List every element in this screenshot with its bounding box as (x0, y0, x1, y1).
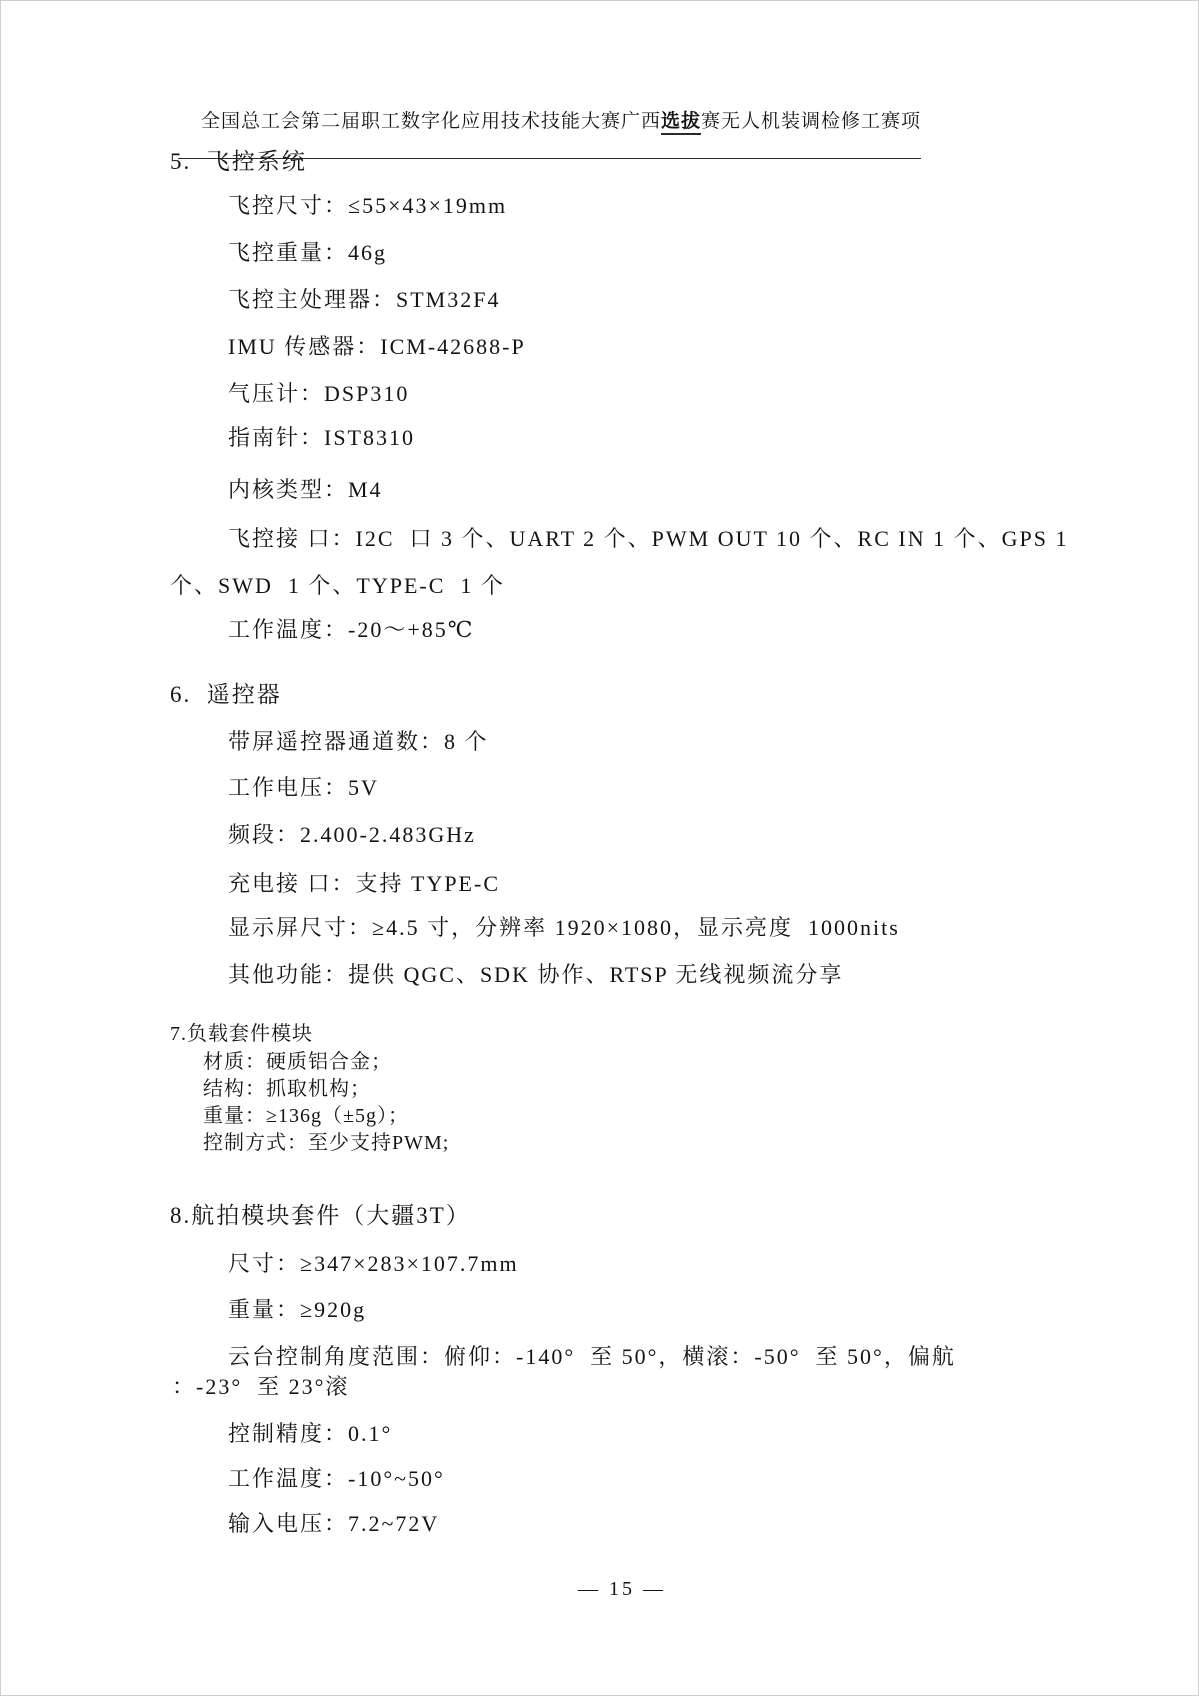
section-7-title: 7.负载套件模块 (170, 1023, 313, 1046)
spec-line-camera-dimensions: 尺寸：≥347×283×107.7mm (228, 1251, 519, 1276)
spec-line-rc-frequency: 频段：2.400-2.483GHz (228, 822, 476, 847)
document-page: 全国总工会第二届职工数字化应用技术技能大赛广西选拔赛无人机装调检修工赛项 5. … (0, 0, 1199, 1696)
spec-line-imu-sensor: IMU 传感器：ICM-42688-P (228, 334, 526, 359)
spec-line-fc-interfaces-2: 个、SWD 1 个、TYPE-C 1 个 (170, 573, 505, 598)
header-title-part1: 全国总工会第二届职工数字化应用技术技能大赛广西 (201, 111, 661, 132)
spec-line-fc-processor: 飞控主处理器：STM32F4 (228, 287, 500, 312)
spec-line-camera-operating-temp: 工作温度：-10°~50° (228, 1466, 445, 1491)
header-title-emphasis: 选拔 (661, 111, 701, 135)
spec-line-fc-operating-temp: 工作温度：-20～+85℃ (228, 617, 474, 642)
spec-line-rc-charging-port: 充电接 口：支持 TYPE-C (228, 871, 500, 896)
spec-line-rc-voltage: 工作电压：5V (228, 775, 379, 800)
spec-line-fc-weight: 飞控重量：46g (228, 240, 387, 265)
spec-line-compass: 指南针：IST8310 (228, 425, 415, 450)
section-6-title: 6. 遥控器 (170, 682, 282, 708)
spec-line-input-voltage: 输入电压：7.2~72V (228, 1511, 439, 1536)
spec-line-barometer: 气压计：DSP310 (228, 381, 409, 406)
section-8-title: 8.航拍模块套件（大疆3T） (170, 1203, 471, 1229)
document-header: 全国总工会第二届职工数字化应用技术技能大赛广西选拔赛无人机装调检修工赛项 (178, 84, 921, 159)
spec-line-rc-other-functions: 其他功能：提供 QGC、SDK 协作、RTSP 无线视频流分享 (228, 962, 843, 987)
spec-line-fc-dimensions: 飞控尺寸：≤55×43×19mm (228, 193, 507, 218)
spec-line-payload-control: 控制方式：至少支持PWM; (203, 1132, 449, 1155)
spec-line-control-precision: 控制精度：0.1° (228, 1421, 392, 1446)
spec-line-gimbal-range-1: 云台控制角度范围：俯仰：-140° 至 50°，横滚：-50° 至 50°，偏航 (228, 1344, 956, 1369)
page-number: — 15 — (578, 1578, 666, 1601)
spec-line-rc-channels: 带屏遥控器通道数：8 个 (228, 729, 489, 754)
spec-line-payload-material: 材质：硬质铝合金； (203, 1051, 392, 1074)
spec-line-gimbal-range-2: ：-23° 至 23°滚 (172, 1374, 349, 1399)
spec-line-payload-structure: 结构：抓取机构； (203, 1078, 371, 1101)
spec-line-core-type: 内核类型：M4 (228, 477, 383, 502)
spec-line-payload-weight: 重量：≥136g（±5g）； (203, 1105, 409, 1128)
spec-line-fc-interfaces-1: 飞控接 口：I2C 口 3 个、UART 2 个、PWM OUT 10 个、RC… (228, 526, 1068, 551)
spec-line-rc-display: 显示屏尺寸：≥4.5 寸，分辨率 1920×1080，显示亮度 1000nits (228, 915, 900, 940)
header-title-part2: 赛无人机装调检修工赛项 (701, 111, 921, 132)
section-5-title: 5. 飞控系统 (170, 149, 307, 175)
spec-line-camera-weight: 重量：≥920g (228, 1297, 366, 1322)
